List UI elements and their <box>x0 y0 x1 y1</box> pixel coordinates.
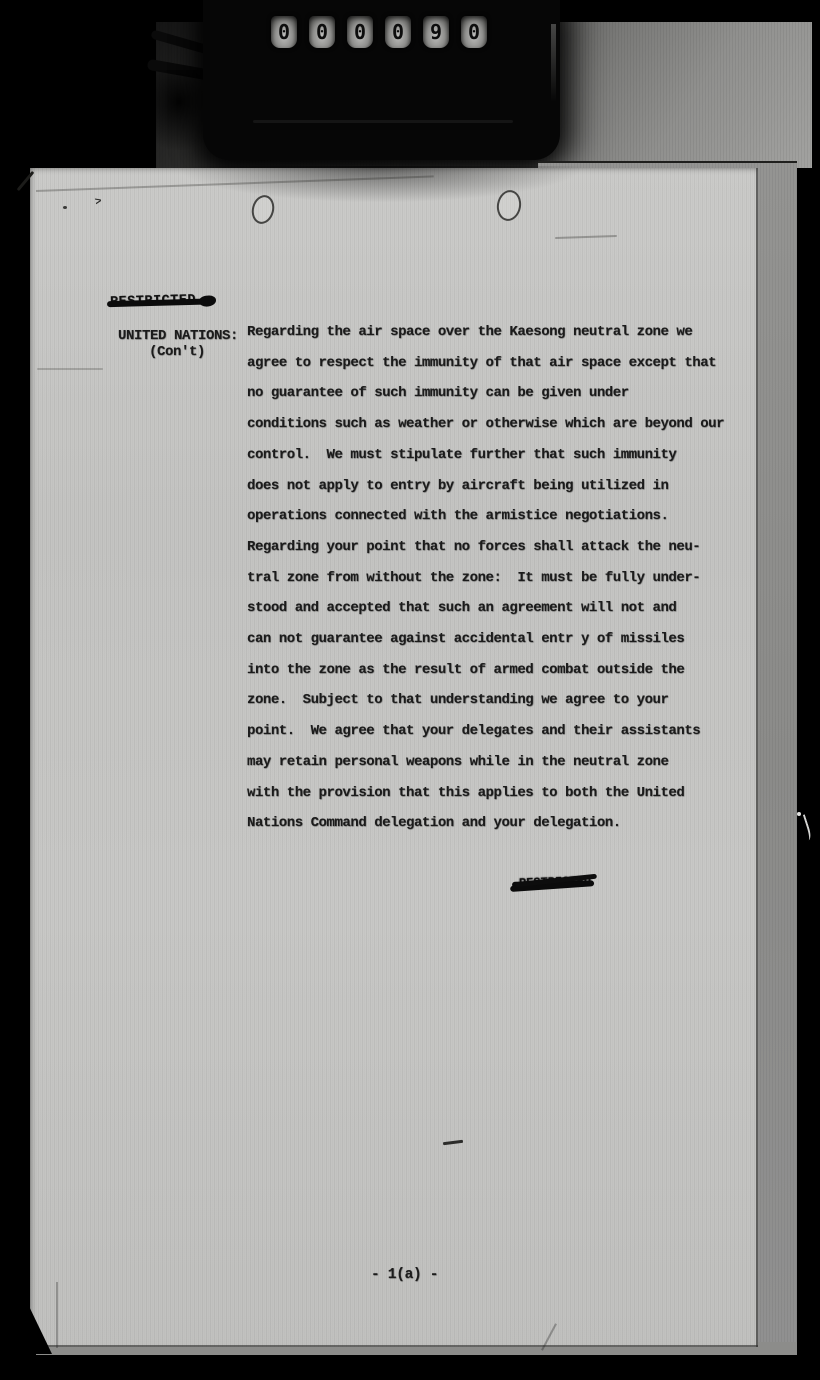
typed-body-text: Regarding the air space over the Kaesong… <box>247 317 727 839</box>
typed-line: Regarding your point that no forces shal… <box>247 532 727 563</box>
typed-line: operations connected with the armistice … <box>247 501 727 532</box>
counter-digit-window: 0 <box>385 16 411 48</box>
typed-line: stood and accepted that such an agreemen… <box>247 593 727 624</box>
counter-digit-window: 0 <box>347 16 373 48</box>
typed-line: conditions such as weather or otherwise … <box>247 409 727 440</box>
page-number: - 1(a) - <box>371 1267 438 1283</box>
restricted-stamp-bottom: RESTRICTED <box>519 874 591 891</box>
typed-line: control. We must stipulate further that … <box>247 440 727 471</box>
microfilm-reader-head: 000090 <box>203 0 560 160</box>
typed-line: point. We agree that your delegates and … <box>247 716 727 747</box>
faint-line-mark <box>37 368 103 370</box>
frame-counter: 000090 <box>271 16 487 48</box>
film-scratch-mark <box>796 814 813 842</box>
typed-line: with the provision that this applies to … <box>247 778 727 809</box>
counter-digit-window: 0 <box>309 16 335 48</box>
typed-line: may retain personal weapons while in the… <box>247 747 727 778</box>
speaker-continuation-label: (Con't) <box>149 344 205 360</box>
counter-digit-window: 0 <box>461 16 487 48</box>
scanned-microfilm-frame: { "machine": { "counter_digits": ["0","0… <box>0 0 820 1380</box>
typed-line: no guarantee of such immunity can be giv… <box>247 378 727 409</box>
film-scratch-dot <box>797 812 801 816</box>
typed-line: can not guarantee against accidental ent… <box>247 624 727 655</box>
typed-line: Regarding the air space over the Kaesong… <box>247 317 727 348</box>
pencil-check-mark: ˃ <box>94 195 106 207</box>
typed-line: Nations Command delegation and your dele… <box>247 808 727 839</box>
typed-line: agree to respect the immunity of that ai… <box>247 348 727 379</box>
counter-digit-window: 0 <box>271 16 297 48</box>
restricted-stamp-top: RESTRICTED <box>110 293 196 310</box>
typed-line: into the zone as the result of armed com… <box>247 655 727 686</box>
pencil-dot <box>63 206 67 209</box>
counter-digit-window: 9 <box>423 16 449 48</box>
fold-line <box>56 1282 58 1348</box>
device-edge-highlight <box>551 24 556 102</box>
typed-line: does not apply to entry by aircraft bein… <box>247 471 727 502</box>
typed-line: tral zone from without the zone: It must… <box>247 563 727 594</box>
typed-line: zone. Subject to that understanding we a… <box>247 685 727 716</box>
speaker-label: UNITED NATIONS: <box>118 328 238 344</box>
device-seam <box>253 120 513 123</box>
